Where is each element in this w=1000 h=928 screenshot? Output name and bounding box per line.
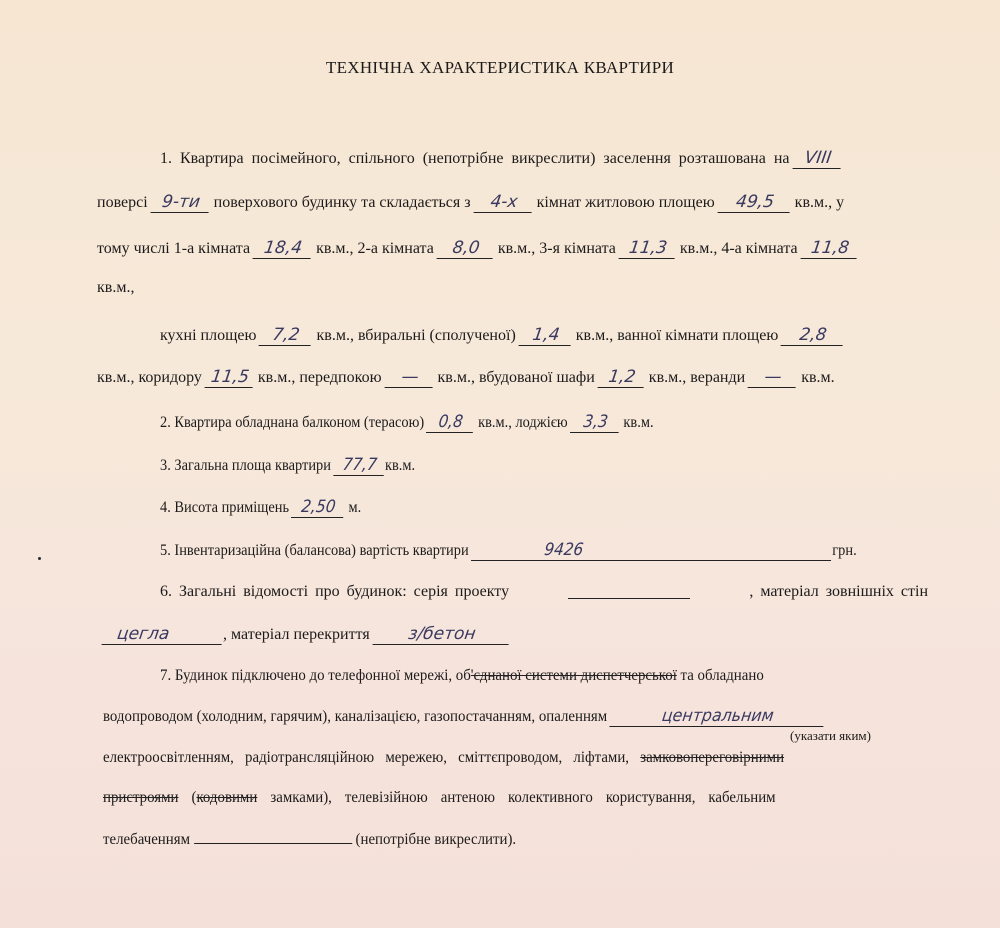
living-area-value: 49,5 — [717, 192, 792, 213]
paper-speck — [38, 557, 41, 560]
section1-line2: поверсі 9-ти поверхового будинку та скла… — [97, 192, 844, 213]
text-fragment: , матеріал перекриття — [223, 626, 370, 643]
section1-line4: кв.м., — [97, 278, 134, 298]
ceiling-height-value: 2,50 — [291, 497, 346, 518]
room4-area-value: 11,8 — [800, 238, 859, 259]
heating-type-value: центральним — [610, 706, 827, 727]
text-fragment: кв.м., 2-а кімната — [316, 240, 434, 257]
document-page: ТЕХНІЧНА ХАРАКТЕРИСТИКА КВАРТИРИ 1. Квар… — [0, 0, 1000, 928]
text-fragment: кухні площею — [160, 327, 256, 344]
text-fragment: м. — [348, 499, 361, 516]
text-fragment: замками), телевізійною антеною колективн… — [270, 789, 775, 806]
text-fragment: тому числі 1-а кімната — [97, 240, 250, 257]
section1-intro: 1. Квартира посімейного, спільного (непо… — [160, 150, 790, 167]
storeys-value: 9-ти — [150, 192, 211, 213]
text-fragment: поверхового будинку та складається з — [214, 194, 471, 211]
section7-line3: електроосвітленням, радіотрансляційною м… — [103, 748, 835, 768]
section1-line6: кв.м., коридору 11,5 кв.м., передпокою —… — [97, 367, 835, 388]
veranda-area-value: — — [748, 367, 799, 388]
section1-line5: кухні площею 7,2 кв.м., вбиральні (сполу… — [160, 325, 844, 346]
inventory-value: 9426 — [471, 540, 834, 561]
heating-note: (указати яким) — [790, 728, 871, 744]
text-fragment: (непотрібне викреслити). — [356, 831, 517, 848]
floor-value: VIII — [792, 148, 843, 169]
section7-line4: пристроями (кодовими замками), телевізій… — [103, 788, 826, 808]
rooms-count-value: 4-х — [473, 192, 534, 213]
text-fragment: кв.м. — [385, 457, 415, 474]
text-fragment: водопроводом (холодним, гарячим), каналі… — [103, 708, 607, 725]
text-fragment: кв.м., ванної кімнати площею — [576, 327, 779, 344]
total-area-value: 77,7 — [333, 455, 386, 476]
struck-text: пристроями — [103, 789, 178, 806]
balcony-area-value: 0,8 — [426, 412, 475, 433]
loggia-area-value: 3,3 — [570, 412, 621, 433]
text-fragment: кв.м., коридору — [97, 369, 202, 386]
document-title: ТЕХНІЧНА ХАРАКТЕРИСТИКА КВАРТИРИ — [0, 58, 1000, 78]
text-fragment: 4. Висота приміщень — [160, 499, 289, 516]
bathroom-area-value: 2,8 — [781, 325, 846, 346]
text-fragment: 6. Загальні відомості про будинок: серія… — [160, 582, 509, 602]
section5-line: 5. Інвентаризаційна (балансова) вартість… — [160, 540, 934, 561]
section7-line2: водопроводом (холодним, гарячим), каналі… — [103, 706, 879, 727]
project-series-blank — [568, 582, 690, 599]
section1-line3: тому числі 1-а кімната 18,4 кв.м., 2-а к… — [97, 238, 858, 259]
text-fragment: електроосвітленням, радіотрансляційною м… — [103, 749, 629, 766]
text-fragment: кв.м., у — [795, 194, 844, 211]
text-fragment: кв.м., вбудованої шафи — [438, 369, 595, 386]
section2-line: 2. Квартира обладнана балконом (терасою)… — [160, 412, 708, 433]
section1-line1: 1. Квартира посімейного, спільного (непо… — [160, 148, 842, 169]
room3-area-value: 11,3 — [618, 238, 677, 259]
section6-line2: цегла, матеріал перекриття з/бетон — [103, 624, 510, 645]
section4-line: 4. Висота приміщень 2,50 м. — [160, 497, 384, 518]
text-fragment: поверсі — [97, 194, 148, 211]
text-fragment: кв.м. — [623, 414, 653, 431]
struck-text: замковопереговірними — [640, 749, 784, 766]
hallway-area-value: — — [384, 367, 435, 388]
text-fragment: кв.м., вбиральні (сполученої) — [316, 327, 515, 344]
struck-text: 'єднаної системи диспетчерської — [471, 667, 677, 684]
kitchen-area-value: 7,2 — [259, 325, 314, 346]
struck-text: кодовими — [196, 789, 257, 806]
text-fragment: 2. Квартира обладнана балконом (терасою) — [160, 414, 424, 431]
text-fragment: кв.м., 3-я кімната — [498, 240, 616, 257]
section7-line1: 7. Будинок підключено до телефонної мере… — [160, 666, 809, 686]
closet-area-value: 1,2 — [597, 367, 646, 388]
corridor-area-value: 11,5 — [204, 367, 255, 388]
text-fragment: кв.м., веранди — [649, 369, 745, 386]
text-fragment: кімнат житловою площею — [537, 194, 715, 211]
section7-line5: телебаченням (непотрібне викреслити). — [103, 827, 547, 850]
text-fragment: кв.м. — [801, 369, 834, 386]
text-fragment: , матеріал зовнішніх стін — [749, 582, 928, 602]
text-fragment: та обладнано — [681, 667, 764, 684]
text-fragment: кв.м., передпокою — [258, 369, 382, 386]
floor-material-value: з/бетон — [372, 624, 511, 645]
text-fragment: грн. — [832, 542, 856, 559]
section3-line: 3. Загальна площа квартири 77,7кв.м. — [160, 455, 443, 476]
wall-material-value: цегла — [102, 624, 225, 645]
text-fragment: кв.м., лоджією — [478, 414, 567, 431]
toilet-area-value: 1,4 — [518, 325, 573, 346]
cable-tv-blank — [194, 827, 352, 844]
text-fragment: телебаченням — [103, 831, 190, 848]
room1-area-value: 18,4 — [253, 238, 314, 259]
room2-area-value: 8,0 — [436, 238, 495, 259]
text-fragment: 3. Загальна площа квартири — [160, 457, 331, 474]
text-fragment: кв.м., 4-а кімната — [680, 240, 798, 257]
section6-line1: 6. Загальні відомості про будинок: серія… — [160, 582, 928, 602]
text-fragment: 7. Будинок підключено до телефонної мере… — [160, 667, 471, 684]
text-fragment: 5. Інвентаризаційна (балансова) вартість… — [160, 542, 469, 559]
